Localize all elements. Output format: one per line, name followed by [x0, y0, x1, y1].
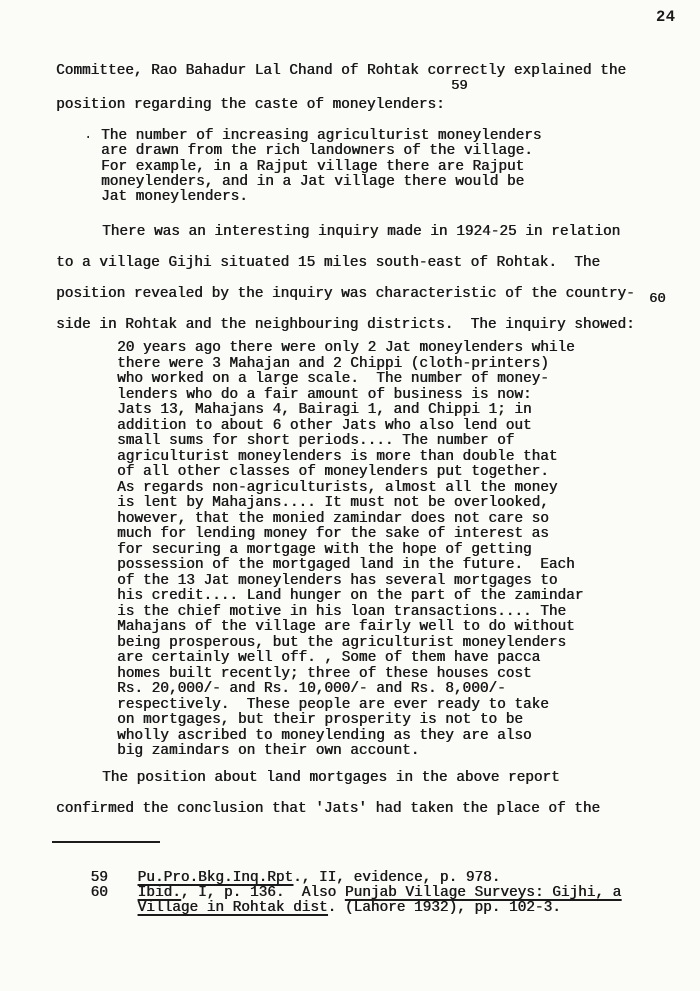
footnote-reference-59: 59	[451, 80, 468, 94]
footnote-60-line2: Village in Rohtak dist. (Lahore 1932), p…	[103, 885, 561, 932]
document-page: 24 Committee, Rao Bahadur Lal Chand of R…	[0, 0, 700, 991]
footnote-reference-60: 60	[649, 293, 666, 307]
citation-title-continued: Village in Rohtak dist	[138, 900, 328, 916]
page-number: 24	[656, 9, 676, 25]
footnote-separator	[52, 841, 160, 843]
blockquote-inquiry-findings: 20 years ago there were only 2 Jat money…	[117, 341, 583, 760]
paragraph-conclusion: The position about land mortgages in the…	[56, 763, 600, 825]
blockquote-lal-chand: The number of increasing agriculturist m…	[101, 129, 541, 205]
paragraph-intro: Committee, Rao Bahadur Lal Chand of Roht…	[56, 54, 626, 122]
paragraph-inquiry: There was an interesting inquiry made in…	[56, 217, 635, 341]
footnote-text: . (Lahore 1932), pp. 102-3.	[328, 900, 561, 916]
stray-scan-mark: .	[84, 127, 92, 143]
